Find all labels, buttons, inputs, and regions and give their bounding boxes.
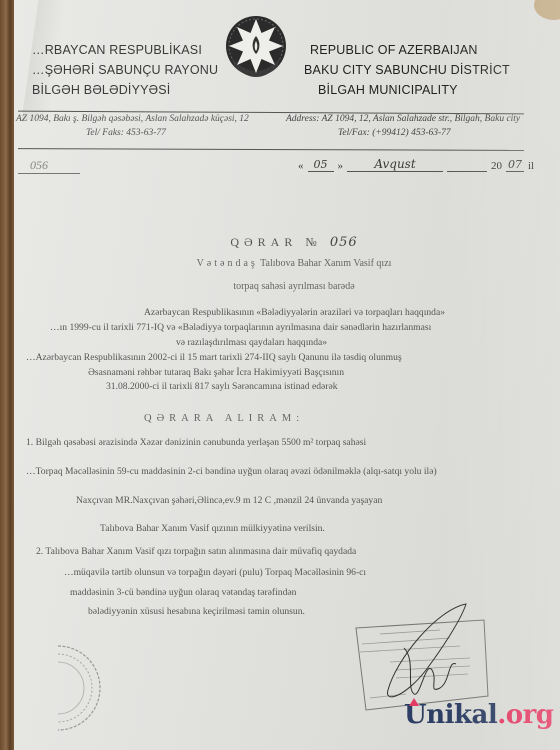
- address-left-line: AZ 1094, Bakı ş. Bilgəh qəsəbəsi, Aslan …: [16, 114, 249, 124]
- clause1-line: Talıbova Bahar Xanım Vasif qızının mülki…: [100, 523, 325, 534]
- preamble-line: və razılaşdırılması qaydaları haqqında»: [176, 337, 327, 348]
- telfax-left: Tel/ Faks: 453-63-77: [16, 128, 276, 138]
- round-seal-stamp-icon: [38, 640, 128, 735]
- letterhead-right-line3: BİLGAH MUNICIPALITY: [318, 80, 510, 100]
- decision-title: QƏRAR № 056: [14, 235, 560, 250]
- subject-prefix: Vətəndaş: [197, 258, 258, 269]
- clause1-line: …Torpaq Məcəlləsinin 59-cu maddəsinin 2-…: [26, 466, 437, 477]
- clause1-line: Naxçıvan MR.Naxçıvan şəhəri,Əlincə,ev.9 …: [76, 495, 382, 506]
- date-year-value: 07: [506, 158, 524, 172]
- preamble-line: Azərbaycan Respublikasının «Bələdiyyələr…: [144, 307, 445, 318]
- document-date: « 05 » Avqust 20 07 il: [298, 157, 534, 172]
- letterhead-right: REPUBLIC OF AZERBAIJAN BAKU CITY SABUNCH…: [310, 40, 510, 100]
- letterhead-left: …RBAYCAN RESPUBLİKASI …ŞƏHƏRİ SABUNÇU RA…: [32, 40, 218, 100]
- azerbaijan-state-emblem-icon: [222, 14, 290, 82]
- watermark-u: U: [404, 700, 426, 730]
- signature-icon: [366, 600, 476, 710]
- letterhead-left-line3: BİLGƏH BƏLƏDİYYƏSİ: [32, 80, 218, 100]
- date-year-suffix: il: [528, 160, 534, 172]
- decision-subject: Vətəndaş Talıbova Bahar Xanım Vasif qızı: [14, 258, 560, 269]
- watermark-org: .org: [497, 700, 553, 730]
- address-left: AZ 1094, Bakı ş. Bilgəh qəsəbəsi, Aslan …: [16, 114, 276, 138]
- date-day: 05: [308, 158, 334, 172]
- date-year-prefix: 20: [491, 160, 502, 172]
- telfax-right: Tel/Fax: (+99412) 453-63-77: [286, 128, 526, 138]
- letterhead-left-line2: …ŞƏHƏRİ SABUNÇU RAYONU: [32, 60, 218, 80]
- decision-number: 056: [330, 235, 358, 250]
- decision-subject-line2: torpaq sahəsi ayrılması barədə: [14, 281, 560, 292]
- clause2-line: bələdiyyənin xüsusi hesabına keçirilməsi…: [88, 606, 305, 617]
- clause2-line: maddəsinin 3-cü bəndinə uyğun olaraq vət…: [70, 587, 296, 598]
- letterhead-right-line1: REPUBLIC OF AZERBAIJAN: [310, 40, 510, 60]
- clause1-line: 1. Bilgəh qəsəbəsi ərazisində Xəzər dəni…: [26, 437, 366, 448]
- date-month: Avqust: [347, 157, 443, 172]
- watermark-nikal: nikal: [426, 700, 497, 730]
- address-right: Address: AZ 1094, 12, Aslan Salahzade st…: [286, 114, 526, 138]
- decision-title-label: QƏRAR №: [230, 235, 321, 249]
- document-number: 056: [18, 158, 80, 174]
- letterhead-divider-bottom: [18, 148, 524, 151]
- preamble-line: Əsasnaməni rəhbər tutaraq Bakı şəhər İcr…: [88, 367, 344, 378]
- preamble-line: …Azərbaycan Respublikasının 2002-ci il 1…: [26, 352, 402, 363]
- clause2-line: …müqavilə tərtib olunsun və torpağın dəy…: [64, 567, 366, 578]
- clause2-line: 2. Talıbova Bahar Xanım Vasif qızı torpa…: [36, 546, 356, 557]
- document-page: …RBAYCAN RESPUBLİKASI …ŞƏHƏRİ SABUNÇU RA…: [14, 0, 560, 750]
- letterhead-left-line1: …RBAYCAN RESPUBLİKASI: [32, 40, 218, 60]
- letterhead-right-line2: BAKU CITY SABUNCHU DİSTRİCT: [304, 60, 510, 80]
- subject-name: Talıbova Bahar Xanım Vasif qızı: [260, 258, 391, 269]
- preamble-line: 31.08.2000-ci il tarixli 817 saylı Sərən…: [106, 381, 338, 392]
- decision-heading: QƏRARA ALIRAM:: [144, 413, 304, 424]
- address-right-line: Address: AZ 1094, 12, Aslan Salahzade st…: [286, 114, 520, 124]
- preamble-line: …ın 1999-cu il tarixli 771-IQ və «Bələdi…: [50, 322, 431, 333]
- unikal-watermark: Unikal.org: [404, 700, 554, 730]
- paper-corner-shadow: [534, 0, 560, 20]
